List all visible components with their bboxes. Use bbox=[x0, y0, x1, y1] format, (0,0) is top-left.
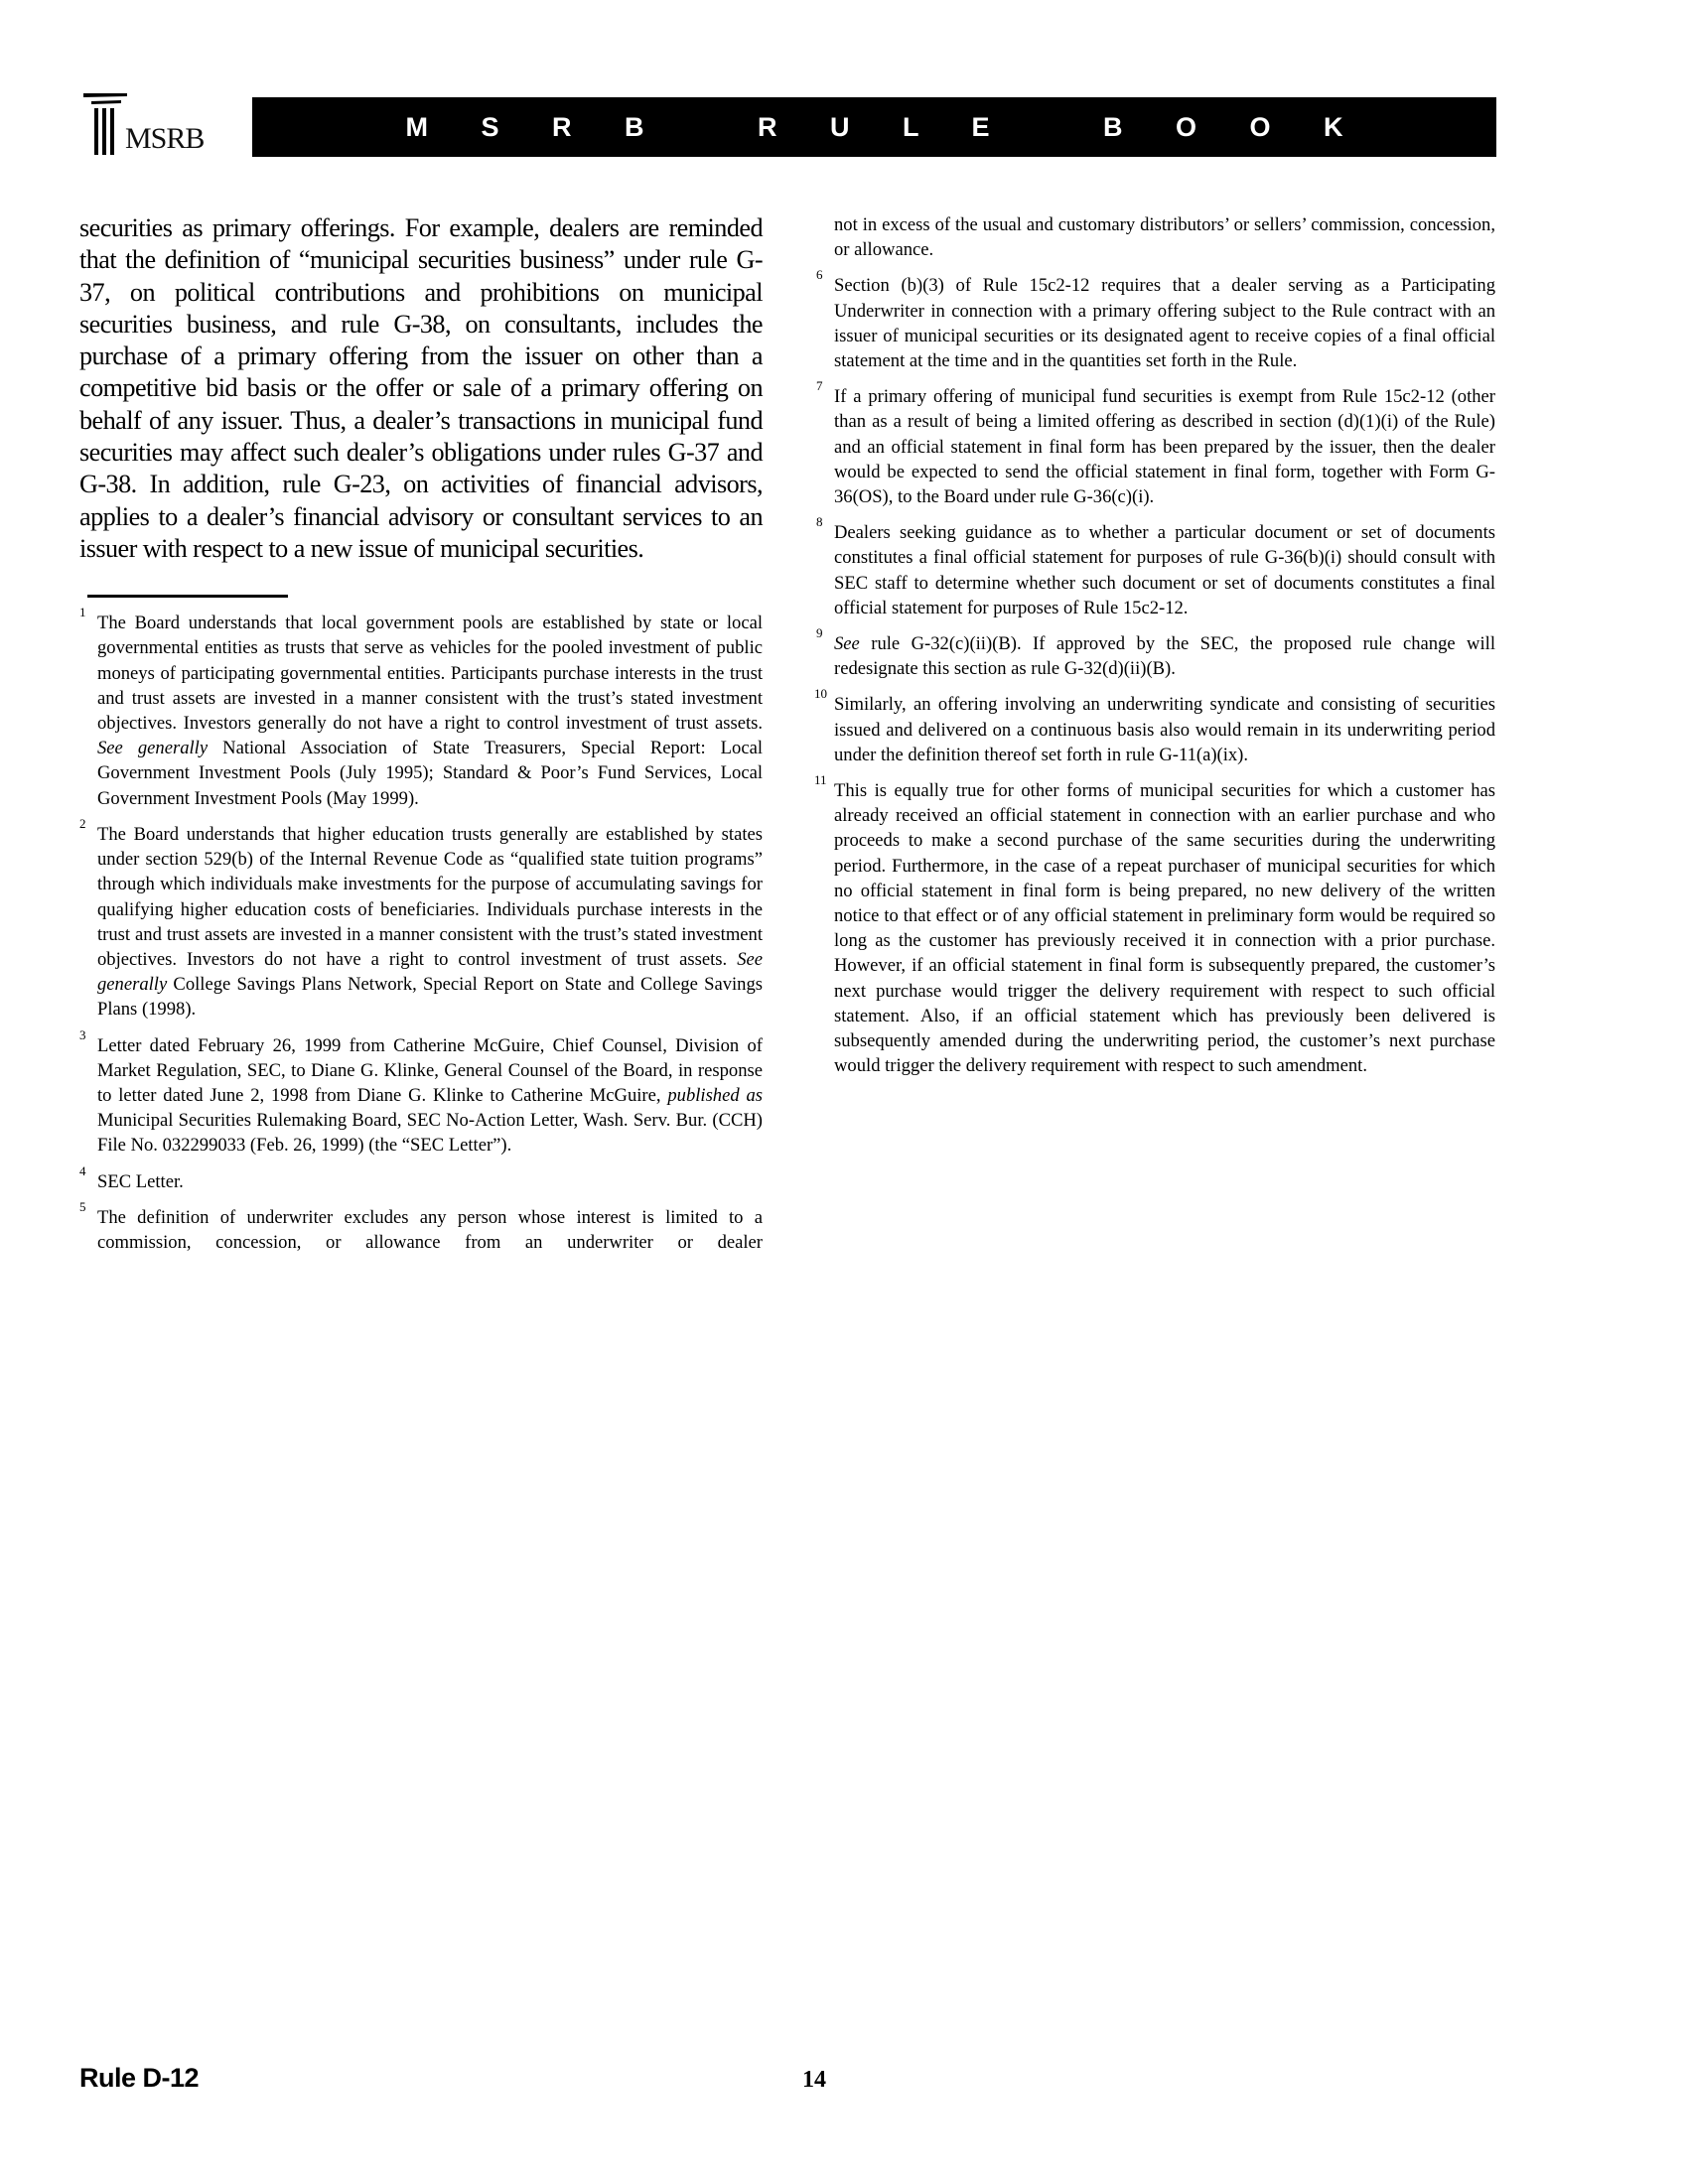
column-pillar-icon bbox=[83, 91, 127, 159]
footnote-5-continued: not in excess of the usual and customary… bbox=[816, 212, 1495, 262]
footnote-number: 8 bbox=[816, 514, 823, 530]
footnote-separator bbox=[87, 595, 288, 598]
footnote-text: SEC Letter. bbox=[97, 1171, 184, 1192]
footnote-number: 6 bbox=[816, 267, 823, 283]
footnote-number: 9 bbox=[816, 625, 823, 641]
footnote-1: 1The Board understands that local govern… bbox=[79, 611, 763, 811]
footnote-citation-signal: published as bbox=[667, 1085, 763, 1106]
footnote-2: 2The Board understands that higher educa… bbox=[79, 822, 763, 1023]
footnote-text: Dealers seeking guidance as to whether a… bbox=[834, 522, 1495, 618]
footnote-number: 4 bbox=[79, 1163, 86, 1179]
footnote-text: Municipal Securities Rulemaking Board, S… bbox=[97, 1110, 763, 1156]
footnote-4: 4SEC Letter. bbox=[79, 1169, 763, 1194]
footnote-text: College Savings Plans Network, Special R… bbox=[97, 974, 763, 1020]
footnote-citation-signal: See bbox=[834, 633, 860, 654]
footnote-text: If a primary offering of municipal fund … bbox=[834, 386, 1495, 507]
footnote-9: 9See rule G-32(c)(ii)(B). If approved by… bbox=[816, 631, 1495, 681]
footnote-text: The Board understands that higher educat… bbox=[97, 824, 763, 970]
footnote-6: 6Section (b)(3) of Rule 15c2-12 requires… bbox=[816, 273, 1495, 373]
left-column: securities as primary offerings. For exa… bbox=[79, 212, 763, 1266]
footnote-number: 7 bbox=[816, 378, 823, 394]
footnote-number: 11 bbox=[814, 772, 827, 788]
body-paragraph: securities as primary offerings. For exa… bbox=[79, 212, 763, 565]
footer-rule-label: Rule D-12 bbox=[79, 2062, 199, 2094]
footnote-number: 2 bbox=[79, 816, 86, 832]
footnote-8: 8Dealers seeking guidance as to whether … bbox=[816, 520, 1495, 620]
footnote-text: Similarly, an offering involving an unde… bbox=[834, 694, 1495, 764]
footnote-number: 5 bbox=[79, 1199, 86, 1215]
header-title: M S R B R U L E B O O K bbox=[382, 112, 1365, 143]
footnote-3: 3Letter dated February 26, 1999 from Cat… bbox=[79, 1033, 763, 1159]
footnote-citation-signal: See generally bbox=[97, 738, 208, 758]
footnote-text: The definition of underwriter excludes a… bbox=[97, 1207, 763, 1253]
footnote-text: Section (b)(3) of Rule 15c2-12 requires … bbox=[834, 275, 1495, 371]
footnote-10: 10Similarly, an offering involving an un… bbox=[816, 692, 1495, 767]
footnote-text: rule G-32(c)(ii)(B). If approved by the … bbox=[834, 633, 1495, 679]
footnote-number: 1 bbox=[79, 605, 86, 620]
right-column: not in excess of the usual and customary… bbox=[816, 212, 1495, 1090]
footnote-text: The Board understands that local governm… bbox=[97, 613, 763, 734]
footnote-text: Letter dated February 26, 1999 from Cath… bbox=[97, 1035, 763, 1106]
footnote-number: 10 bbox=[814, 686, 827, 702]
footnote-5: 5The definition of underwriter excludes … bbox=[79, 1205, 763, 1255]
footnotes-left: 1The Board understands that local govern… bbox=[79, 611, 763, 1255]
footnote-7: 7If a primary offering of municipal fund… bbox=[816, 384, 1495, 509]
footnote-text: This is equally true for other forms of … bbox=[834, 780, 1495, 1076]
msrb-logo: MSRB bbox=[83, 91, 242, 159]
header-banner: M S R B R U L E B O O K bbox=[252, 97, 1496, 157]
page-number: 14 bbox=[802, 2066, 826, 2094]
footnote-number: 3 bbox=[79, 1027, 86, 1043]
footnote-11: 11This is equally true for other forms o… bbox=[816, 778, 1495, 1078]
logo-text: MSRB bbox=[125, 122, 204, 156]
